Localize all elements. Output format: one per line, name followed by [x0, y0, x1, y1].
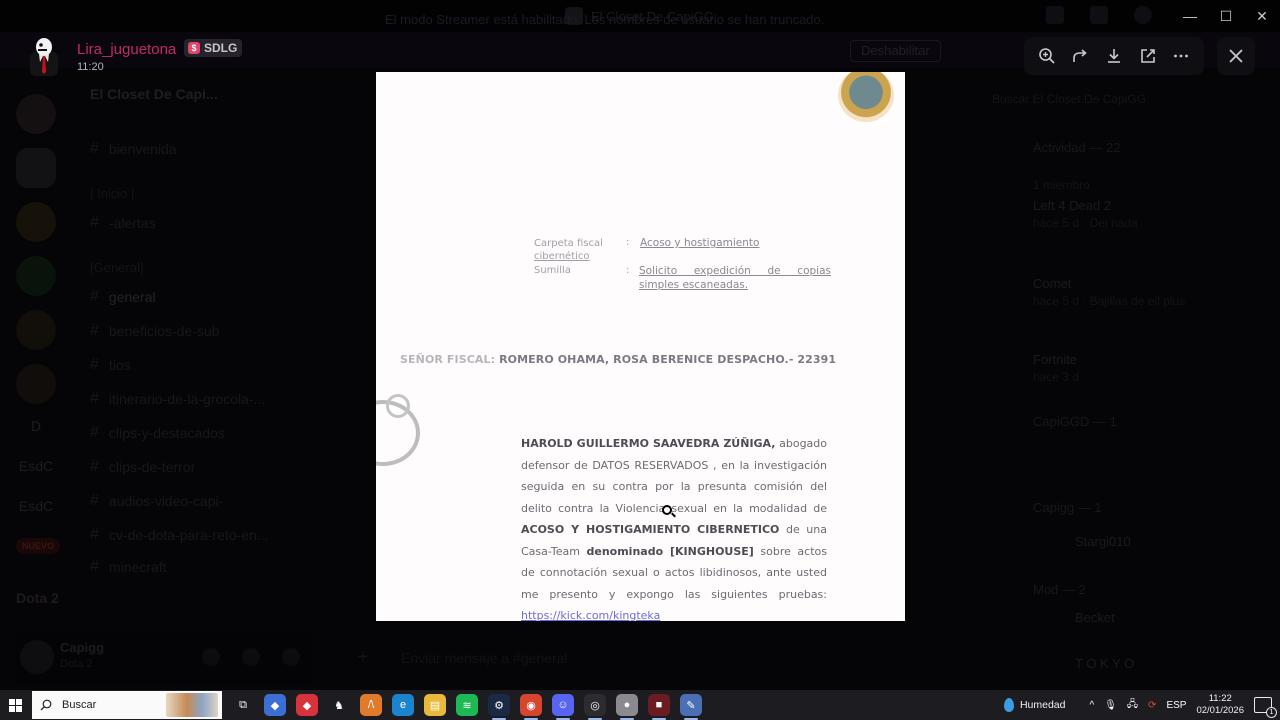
disable-streamer-button[interactable]: Deshabilitar: [850, 40, 941, 62]
chevron-up-icon[interactable]: ^: [1089, 700, 1094, 711]
clock-time: 11:22: [1196, 693, 1244, 705]
hash-icon: #: [90, 288, 99, 306]
windows-taskbar: Buscar ⧉◆◆♞/\e▤≋⚙◉☺◎●■✎ Humedad ^ 🎙 🖧 ⟳ …: [0, 690, 1280, 720]
screen-share-icon: [1090, 6, 1108, 24]
hash-icon: #: [90, 140, 99, 158]
role-group-heading: Capigg — 1: [1033, 500, 1102, 515]
channel-label: clips-y-destacados: [109, 425, 225, 441]
body-bold: denominado [KINGHOUSE]: [586, 545, 753, 558]
member-name[interactable]: Becket: [1075, 610, 1115, 625]
steam-taskbar-icon[interactable]: ⚙: [488, 694, 510, 716]
evidence-link[interactable]: https://kick.com/kingteka: [521, 609, 660, 621]
user-avatar[interactable]: [20, 640, 54, 674]
start-button[interactable]: [0, 690, 30, 720]
zoom-cursor-icon: [662, 505, 672, 515]
copilot-taskbar-icon[interactable]: ◆: [264, 694, 286, 716]
server-icon-text[interactable]: EsdC: [14, 498, 58, 514]
message-timestamp: 11:20: [77, 61, 104, 73]
message-composer[interactable]: + Enviar mensaje a #general: [345, 640, 1005, 676]
document-image[interactable]: Carpeta fiscal : Acoso y hostigamiento c…: [376, 72, 905, 621]
server-icon[interactable]: [16, 310, 56, 350]
server-name[interactable]: El Closet De Capi...: [90, 86, 218, 102]
lawyer-name: HAROLD GUILLERMO SAAVEDRA ZÚÑIGA,: [521, 437, 775, 450]
channel-label: -alertas: [109, 215, 156, 231]
fiscal-value: ROMERO OHAMA, ROSA BERENICE DESPACHO.- 2…: [499, 353, 836, 366]
channel-item[interactable]: #minecraft: [90, 558, 166, 576]
hash-icon: #: [90, 424, 99, 442]
author-avatar[interactable]: [26, 36, 62, 76]
download-icon: [1105, 47, 1123, 65]
search-label: Buscar: [62, 699, 96, 711]
zoom-in-icon: [1038, 47, 1056, 65]
more-options-button[interactable]: [1167, 42, 1195, 70]
user-controls: [202, 648, 300, 666]
app-darkred-taskbar-icon[interactable]: ■: [648, 694, 670, 716]
activity-line: hace 5 d · Bajillas de ell plus: [1033, 294, 1185, 308]
channel-item[interactable]: #tios: [90, 356, 131, 374]
member-name[interactable]: Stargi010: [1075, 534, 1131, 549]
channel-label: beneficios-de-sub: [109, 323, 220, 339]
channel-item[interactable]: #cv-de-dota-para-reto-en...: [90, 526, 268, 544]
channel-label: bienvenida: [109, 141, 177, 157]
author-name[interactable]: Lira_juguetona: [77, 41, 176, 58]
activity-game[interactable]: Fortnite: [1033, 352, 1077, 367]
server-rail: D EsdC EsdC NUEVO: [14, 94, 58, 554]
microphone-tray-icon[interactable]: 🎙: [1104, 700, 1117, 711]
plus-icon[interactable]: +: [357, 646, 369, 669]
download-button[interactable]: [1100, 42, 1128, 70]
minimize-button[interactable]: —: [1172, 0, 1208, 32]
edge-taskbar-icon[interactable]: e: [392, 694, 414, 716]
discord-app-dimmed: El Closet De CapiGG — ☐ ✕ El modo Stream…: [0, 0, 1280, 690]
image-viewer-toolbar: [1024, 37, 1204, 75]
activity-game[interactable]: Left 4 Dead 2: [1033, 198, 1111, 213]
server-icon[interactable]: [16, 94, 56, 134]
channel-label: cv-de-dota-para-reto-en...: [109, 527, 269, 543]
voice-activity-bar[interactable]: Dota 2: [16, 590, 59, 606]
document-body: HAROLD GUILLERMO SAAVEDRA ZÚÑIGA, abogad…: [521, 433, 827, 621]
weather-widget[interactable]: Humedad: [1004, 698, 1066, 712]
channel-label: itinerario-de-la-grocola-...: [109, 391, 265, 407]
app-red-taskbar-icon[interactable]: ◆: [296, 694, 318, 716]
channel-item[interactable]: #audios-video-capi-: [90, 492, 223, 510]
weather-label: Humedad: [1020, 699, 1066, 711]
clock[interactable]: 11:22 02/01/2026: [1196, 693, 1244, 717]
meta-colon: :: [626, 265, 629, 276]
taskbar-search[interactable]: Buscar: [32, 691, 222, 719]
hash-icon: #: [90, 390, 99, 408]
channel-label: tios: [109, 357, 131, 373]
channel-list: El Closet De Capi... #bienvenida | Inici…: [76, 80, 316, 640]
meta-value: Solicito expedición de copias simples es…: [639, 264, 831, 292]
file-explorer-taskbar-icon[interactable]: ▤: [424, 694, 446, 716]
network-icon[interactable]: 🖧: [1127, 697, 1138, 714]
windows-logo-icon: [9, 699, 22, 712]
new-badge: NUEVO: [16, 538, 60, 554]
activity-game[interactable]: Comet: [1033, 276, 1071, 291]
channel-item-active[interactable]: #general: [90, 288, 156, 306]
humidity-icon: [1004, 698, 1014, 712]
channel-item[interactable]: #beneficios-de-sub: [90, 322, 219, 340]
sync-icon[interactable]: ⟳: [1148, 700, 1156, 711]
obs-taskbar-icon[interactable]: ◎: [584, 694, 606, 716]
meta-label: Sumilla: [534, 264, 571, 277]
streamer-mode-text: El modo Streamer está habilitado. Los no…: [385, 12, 824, 27]
meta-value: Acoso y hostigamiento: [640, 236, 759, 250]
title-icons: [1046, 6, 1152, 24]
window-controls: — ☐ ✕: [1172, 0, 1280, 32]
forward-button[interactable]: [1066, 42, 1094, 70]
hash-icon: #: [90, 214, 99, 232]
hash-icon: #: [90, 356, 99, 374]
hash-icon: #: [90, 526, 99, 544]
server-icon[interactable]: [16, 364, 56, 404]
channel-item[interactable]: #clips-de-terror: [90, 458, 195, 476]
close-window-button[interactable]: ✕: [1244, 0, 1280, 32]
composer-placeholder: Enviar mensaje a #general: [401, 650, 568, 666]
hash-icon: #: [90, 492, 99, 510]
app-orange-taskbar-icon[interactable]: /\: [360, 694, 382, 716]
notification-count: 1: [1266, 707, 1277, 718]
tag-icon: $: [188, 42, 200, 54]
meta-label: Carpeta fiscal: [534, 237, 603, 250]
server-icon[interactable]: [16, 148, 56, 188]
activity-heading: Actividad — 22: [1033, 140, 1120, 155]
activity-line: hace 5 d · Del nada: [1033, 216, 1138, 230]
meta-colon: :: [626, 237, 629, 248]
body-bold: ACOSO Y HOSTIGAMIENTO CIBERNETICO: [521, 523, 779, 536]
user-name: Capigg: [60, 640, 104, 655]
open-external-icon: [1139, 47, 1157, 65]
fiscal-line: SEÑOR FISCAL: ROMERO OHAMA, ROSA BERENIC…: [400, 353, 836, 366]
channel-label: audios-video-capi-: [109, 493, 223, 509]
search-icon: [40, 699, 52, 711]
official-seal-icon: [838, 72, 894, 122]
server-icon-text[interactable]: D: [14, 418, 58, 434]
system-tray: Humedad ^ 🎙 🖧 ⟳ ESP 11:22 02/01/2026 1: [1004, 690, 1280, 720]
microphone-icon[interactable]: [202, 648, 220, 666]
app-figure-taskbar-icon[interactable]: ♞: [328, 694, 350, 716]
channel-item[interactable]: #-alertas: [90, 214, 156, 232]
channel-label: general: [109, 289, 156, 305]
more-icon: [1172, 47, 1190, 65]
task-view-taskbar-icon[interactable]: ⧉: [232, 694, 254, 716]
hash-icon: #: [90, 458, 99, 476]
category-header[interactable]: [General]: [90, 260, 143, 275]
stamp-icon: [376, 400, 420, 466]
spotify-taskbar-icon[interactable]: ≋: [456, 694, 478, 716]
language-indicator[interactable]: ESP: [1166, 700, 1186, 711]
server-icon[interactable]: [16, 256, 56, 296]
notification-center-icon[interactable]: 1: [1254, 697, 1272, 713]
badge-text: SDLG: [204, 41, 237, 55]
clock-date: 02/01/2026: [1196, 705, 1244, 717]
channel-item[interactable]: #itinerario-de-la-grocola-...: [90, 390, 265, 408]
channel-item[interactable]: #bienvenida: [90, 140, 177, 158]
server-icon[interactable]: [16, 202, 56, 242]
fiscal-label: SEÑOR FISCAL:: [400, 353, 495, 366]
role-group-heading: Mod — 2: [1033, 582, 1086, 597]
taskbar-apps: ⧉◆◆♞/\e▤≋⚙◉☺◎●■✎: [232, 694, 702, 716]
app-blue-taskbar-icon[interactable]: ✎: [680, 694, 702, 716]
member-name[interactable]: T O K Y O: [1075, 656, 1134, 671]
activity-line: 1 miembro: [1033, 178, 1090, 192]
zoom-in-button[interactable]: [1033, 42, 1061, 70]
close-icon: [1228, 48, 1244, 64]
maximize-button[interactable]: ☐: [1208, 0, 1244, 32]
channel-label: clips-de-terror: [109, 459, 195, 475]
body-text: DATOS RESERVADOS: [592, 459, 708, 472]
channel-item[interactable]: #clips-y-destacados: [90, 424, 225, 442]
channel-label: minecraft: [109, 559, 167, 575]
meta-label: cibernético: [534, 250, 590, 263]
server-icon-text[interactable]: EsdC: [14, 458, 58, 474]
open-in-browser-button[interactable]: [1134, 42, 1162, 70]
chrome-taskbar-icon[interactable]: ◉: [520, 694, 542, 716]
search-highlight-image: [166, 693, 218, 717]
user-status: Dota 2: [60, 658, 92, 670]
close-viewer-button[interactable]: [1217, 37, 1255, 75]
forward-icon: [1071, 47, 1089, 65]
headphones-icon[interactable]: [242, 648, 260, 666]
help-icon: [1134, 6, 1152, 24]
hash-icon: #: [90, 322, 99, 340]
discord-taskbar-icon[interactable]: ☺: [552, 694, 574, 716]
activity-line: hace 3 d: [1033, 370, 1079, 384]
role-group-heading: CapiGGD — 1: [1033, 414, 1117, 429]
server-tag-badge[interactable]: $ SDLG: [184, 39, 242, 57]
category-header[interactable]: | Inicio |: [90, 186, 134, 201]
inbox-icon: [1046, 6, 1064, 24]
settings-gear-icon[interactable]: [282, 648, 300, 666]
hash-icon: #: [90, 558, 99, 576]
app-gray-taskbar-icon[interactable]: ●: [616, 694, 638, 716]
server-search[interactable]: Buscar El Closet De CapiGG: [992, 92, 1146, 106]
